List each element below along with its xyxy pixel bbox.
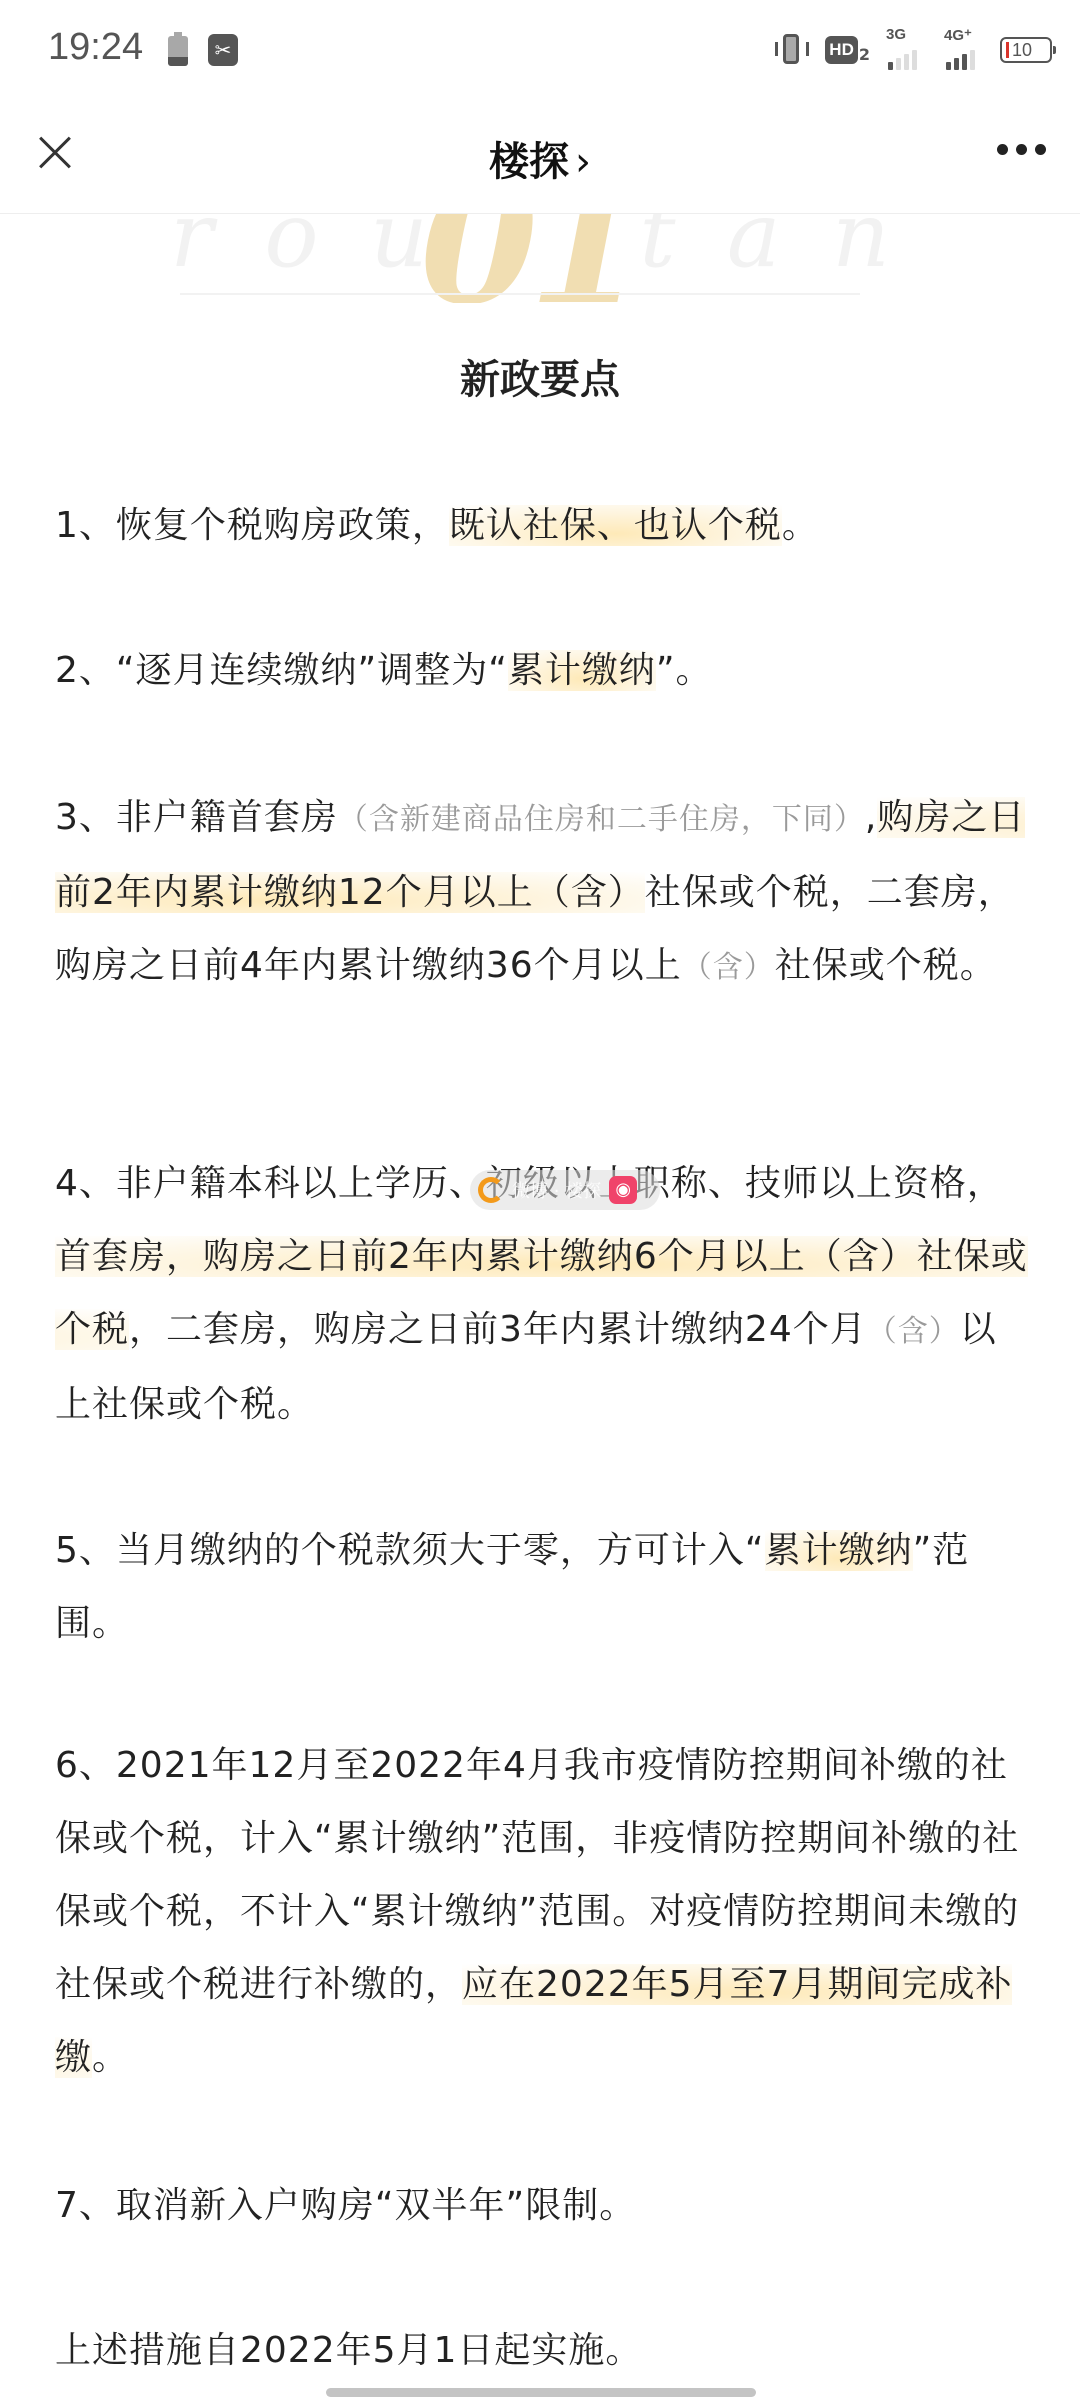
body-text: 3、非户籍首套房 (55, 797, 338, 838)
body-text: 2、“逐月连续缴纳”调整为“ (55, 650, 508, 691)
body-text: 1、恢复个税购房政策， (55, 505, 449, 546)
ghost-letter: n (832, 213, 890, 288)
section-logo: rou tan 01 (0, 213, 1080, 303)
account-title-link[interactable]: 楼探› (0, 130, 1080, 187)
vibrate-icon (773, 34, 811, 66)
status-time: 19:24 (48, 26, 143, 69)
body-text: 。 (782, 505, 819, 546)
body-text: ，二套房，购房之日前3年内累计缴纳24个月 (129, 1309, 867, 1350)
policy-item-5: 5、当月缴纳的个税款须大于零，方可计入“累计缴纳”范围。 (55, 1514, 1030, 1660)
status-bar: 19:24 ✂ HD 2 3G 4G⁺ 10 (0, 0, 1080, 100)
section-number: 01 (420, 213, 637, 303)
battery-saver-icon (168, 36, 188, 66)
weibo-icon (478, 1177, 504, 1203)
body-text: 7、取消新入户购房“双半年”限制。 (55, 2185, 636, 2226)
policy-item-3: 3、非户籍首套房（含新建商品住房和二手住房，下同）,购房之日前2年内累计缴纳12… (55, 781, 1030, 1004)
signal-4g-plus-icon: 4G⁺ (942, 28, 986, 72)
policy-item-6: 6、2021年12月至2022年4月我市疫情防控期间补缴的社保或个税，计入“累计… (55, 1729, 1030, 2094)
watermark-text: 微博 · 楼探 (512, 1177, 601, 1203)
overlay-watermark: 微博 · 楼探 ◉ (470, 1170, 660, 1210)
policy-item-7: 7、取消新入户购房“双半年”限制。 (55, 2169, 1030, 2242)
body-text: 社保或个税。 (775, 945, 997, 986)
signal-3g-icon: 3G (884, 28, 928, 72)
ghost-letter: o (264, 213, 318, 288)
note-text: （含新建商品住房和二手住房，下同） (338, 802, 865, 837)
body-text: , (865, 797, 877, 838)
body-text: 5、当月缴纳的个税款须大于零，方可计入“ (55, 1530, 765, 1571)
highlighted-text: 既认社保、也认个税 (449, 505, 782, 546)
hd-label: HD (825, 36, 858, 64)
status-icons: HD 2 3G 4G⁺ 10 (773, 28, 1052, 72)
nav-title-text: 楼探 (489, 139, 569, 185)
ghost-letter: r (170, 213, 213, 288)
home-indicator[interactable] (326, 2388, 756, 2397)
highlighted-text: 累计缴纳 (508, 650, 656, 691)
net2-label: 4G⁺ (944, 26, 972, 44)
chevron-right-icon: › (575, 139, 591, 185)
screenshot-scissor-icon: ✂ (208, 34, 238, 66)
policy-item-2: 2、“逐月连续缴纳”调整为“累计缴纳”。 (55, 634, 1030, 707)
net1-label: 3G (886, 26, 906, 43)
battery-level: 10 (1012, 40, 1032, 61)
body-text: ”。 (656, 650, 713, 691)
note-text: （含） (867, 1314, 960, 1349)
note-text: （含） (682, 950, 775, 985)
effective-date-note: 上述措施自2022年5月1日起实施。 (55, 2314, 1030, 2387)
ghost-letter: t (639, 213, 675, 288)
divider (180, 293, 860, 295)
nav-bar: 楼探› (0, 100, 1080, 214)
ghost-letter: a (727, 213, 781, 288)
body-text: 。 (92, 2037, 129, 2078)
hd-sub: 2 (859, 45, 870, 64)
more-icon[interactable] (997, 144, 1046, 155)
page-title: 新政要点 (0, 348, 1080, 405)
eye-icon: ◉ (609, 1176, 637, 1204)
policy-item-1: 1、恢复个税购房政策，既认社保、也认个税。 (55, 489, 1030, 562)
highlighted-text: 累计缴纳 (765, 1530, 913, 1571)
battery-level-bar (1006, 42, 1009, 58)
hd-voice-icon: HD 2 (825, 36, 870, 64)
battery-icon: 10 (1000, 37, 1052, 63)
